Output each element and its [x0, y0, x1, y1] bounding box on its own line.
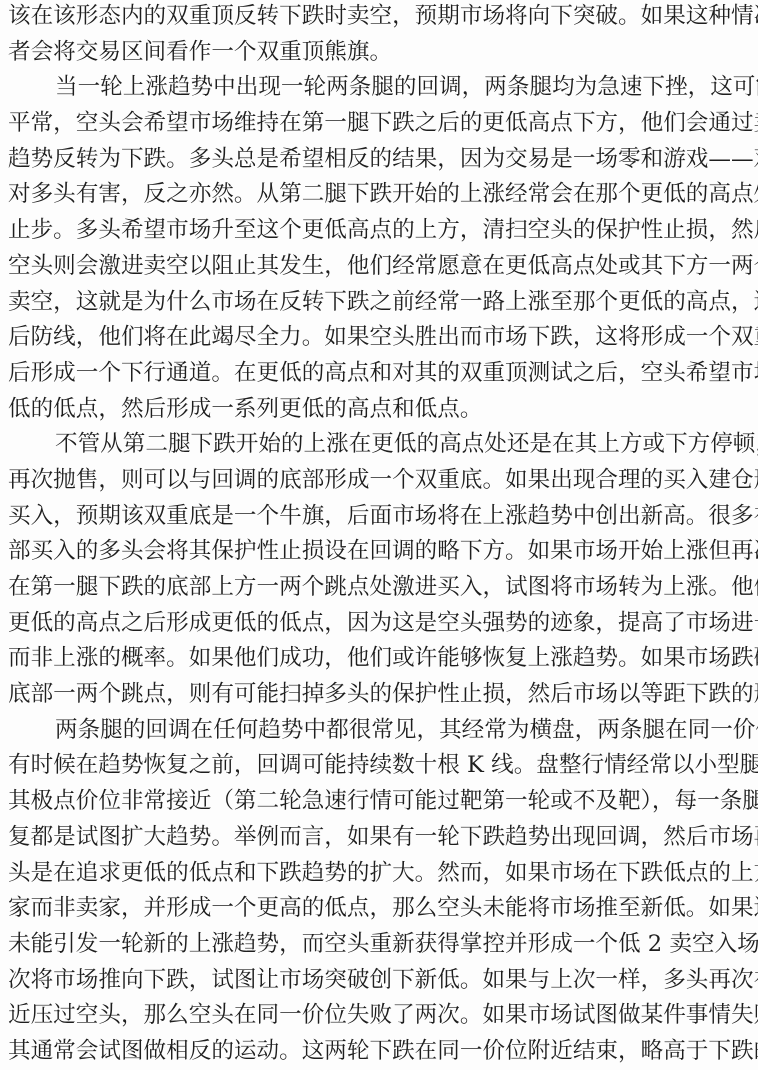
- text-line: 后形成一个下行通道。在更低的高点和对其的双重顶测试之后，空头希望市场创下一个更: [8, 358, 740, 388]
- text-line: 空头则会激进卖空以阻止其发生，他们经常愿意在更低高点处或其下方一两个跳点处大力: [8, 251, 740, 281]
- text-line: 对多头有害，反之亦然。从第二腿下跌开始的上涨经常会在那个更低的高点处或其略下方: [8, 179, 740, 209]
- text-line: 头是在追求更低的低点和下跌趋势的扩大。然而，如果市场在下跌低点的上方找到更多买: [8, 858, 740, 888]
- text-line: 其极点价位非常接近（第二轮急速行情可能过靶第一轮或不及靶），每一条腿中的趋势恢: [8, 786, 740, 816]
- text-line: 有时候在趋势恢复之前，回调可能持续数十根 K 线。盘整行情经常以小型腿开启和结束…: [8, 750, 740, 780]
- text-line: 复都是试图扩大趋势。举例而言，如果有一轮下跌趋势出现回调，然后市场再次抛售，空: [8, 822, 740, 852]
- text-line: 再次抛售，则可以与回调的底部形成一个双重底。如果出现合理的买入建仓形态，交易者会: [8, 465, 740, 495]
- text-line: 卖空，这就是为什么市场在反转下跌之前经常一路上涨至那个更低的高点，这是空头的最: [8, 287, 740, 317]
- text-line: 当一轮上涨趋势中出现一轮两条腿的回调，两条腿均为急速下挫，这可能看上去稀疏: [8, 72, 740, 102]
- text-line: 部买入的多头会将其保护性止损设在回调的略下方。如果市场开始上涨但再次跌回，多头将: [8, 536, 740, 566]
- text-line: 其通常会试图做相反的运动。这两轮下跌在同一价位附近结束，略高于下跌的低点，形成: [8, 1036, 740, 1066]
- text-line: 低的低点，然后形成一系列更低的高点和低点。: [8, 394, 740, 424]
- text-line: 趋势反转为下跌。多头总是希望相反的结果，因为交易是一场零和游戏——对空头有利就: [8, 144, 740, 174]
- text-line: 而非上涨的概率。如果他们成功，他们或许能够恢复上涨趋势。如果市场跌破第一腿下跌的: [8, 643, 740, 673]
- text-line: 家而非卖家，并形成一个更高的低点，那么空头未能将市场推至新低。如果这第二腿上涨: [8, 893, 740, 923]
- text-line: 平常，空头会希望市场维持在第一腿下跌之后的更低高点下方，他们会通过卖空而试图将: [8, 108, 740, 138]
- text-line: 次将市场推向下跌，试图让市场突破创下新低。如果与上次一样，多头再次在同一价位附: [8, 965, 740, 995]
- text-line: 近压过空头，那么空头在同一价位失败了两次。如果市场试图做某件事情失败两次，那么: [8, 1000, 740, 1030]
- text-line: 该在该形态内的双重顶反转下跌时卖空，预期市场将向下突破。如果这种情况发生，交易: [8, 1, 740, 31]
- text-line: 底部一两个跳点，则有可能扫掉多头的保护性止损，然后市场以等距下跌的形式向下突破。: [8, 679, 740, 709]
- text-line: 止步。多头希望市场升至这个更低高点的上方，清扫空头的保护性止损，然后创出新高。: [8, 215, 740, 245]
- text-line: 买入，预期该双重底是一个牛旗，后面市场将在上涨趋势中创出新高。很多在两腿下跌的底: [8, 501, 740, 531]
- text-line: 两条腿的回调在任何趋势中都很常见，其经常为横盘，两条腿在同一价位附近结束。: [8, 715, 740, 745]
- text-line: 不管从第二腿下跌开始的上涨在更低的高点处还是在其上方或下方停顿，如果之后市场: [8, 429, 740, 459]
- text-line: 更低的高点之后形成更低的低点，因为这是空头强势的迹象，提高了市场进一步下跌或盘整: [8, 608, 740, 638]
- text-line: 未能引发一轮新的上涨趋势，而空头重新获得掌控并形成一个低 2 卖空入场点，他们会…: [8, 929, 740, 959]
- text-line: 者会将交易区间看作一个双重顶熊旗。: [8, 37, 740, 67]
- document-page: 该在该形态内的双重顶反转下跌时卖空，预期市场将向下突破。如果这种情况发生，交易者…: [0, 0, 758, 1070]
- text-line: 在第一腿下跌的底部上方一两个跳点处激进买入，试图将市场转为上涨。他们不希望市场在: [8, 572, 740, 602]
- text-line: 后防线，他们将在此竭尽全力。如果空头胜出而市场下跌，这将形成一个双重顶熊旗，然: [8, 322, 740, 352]
